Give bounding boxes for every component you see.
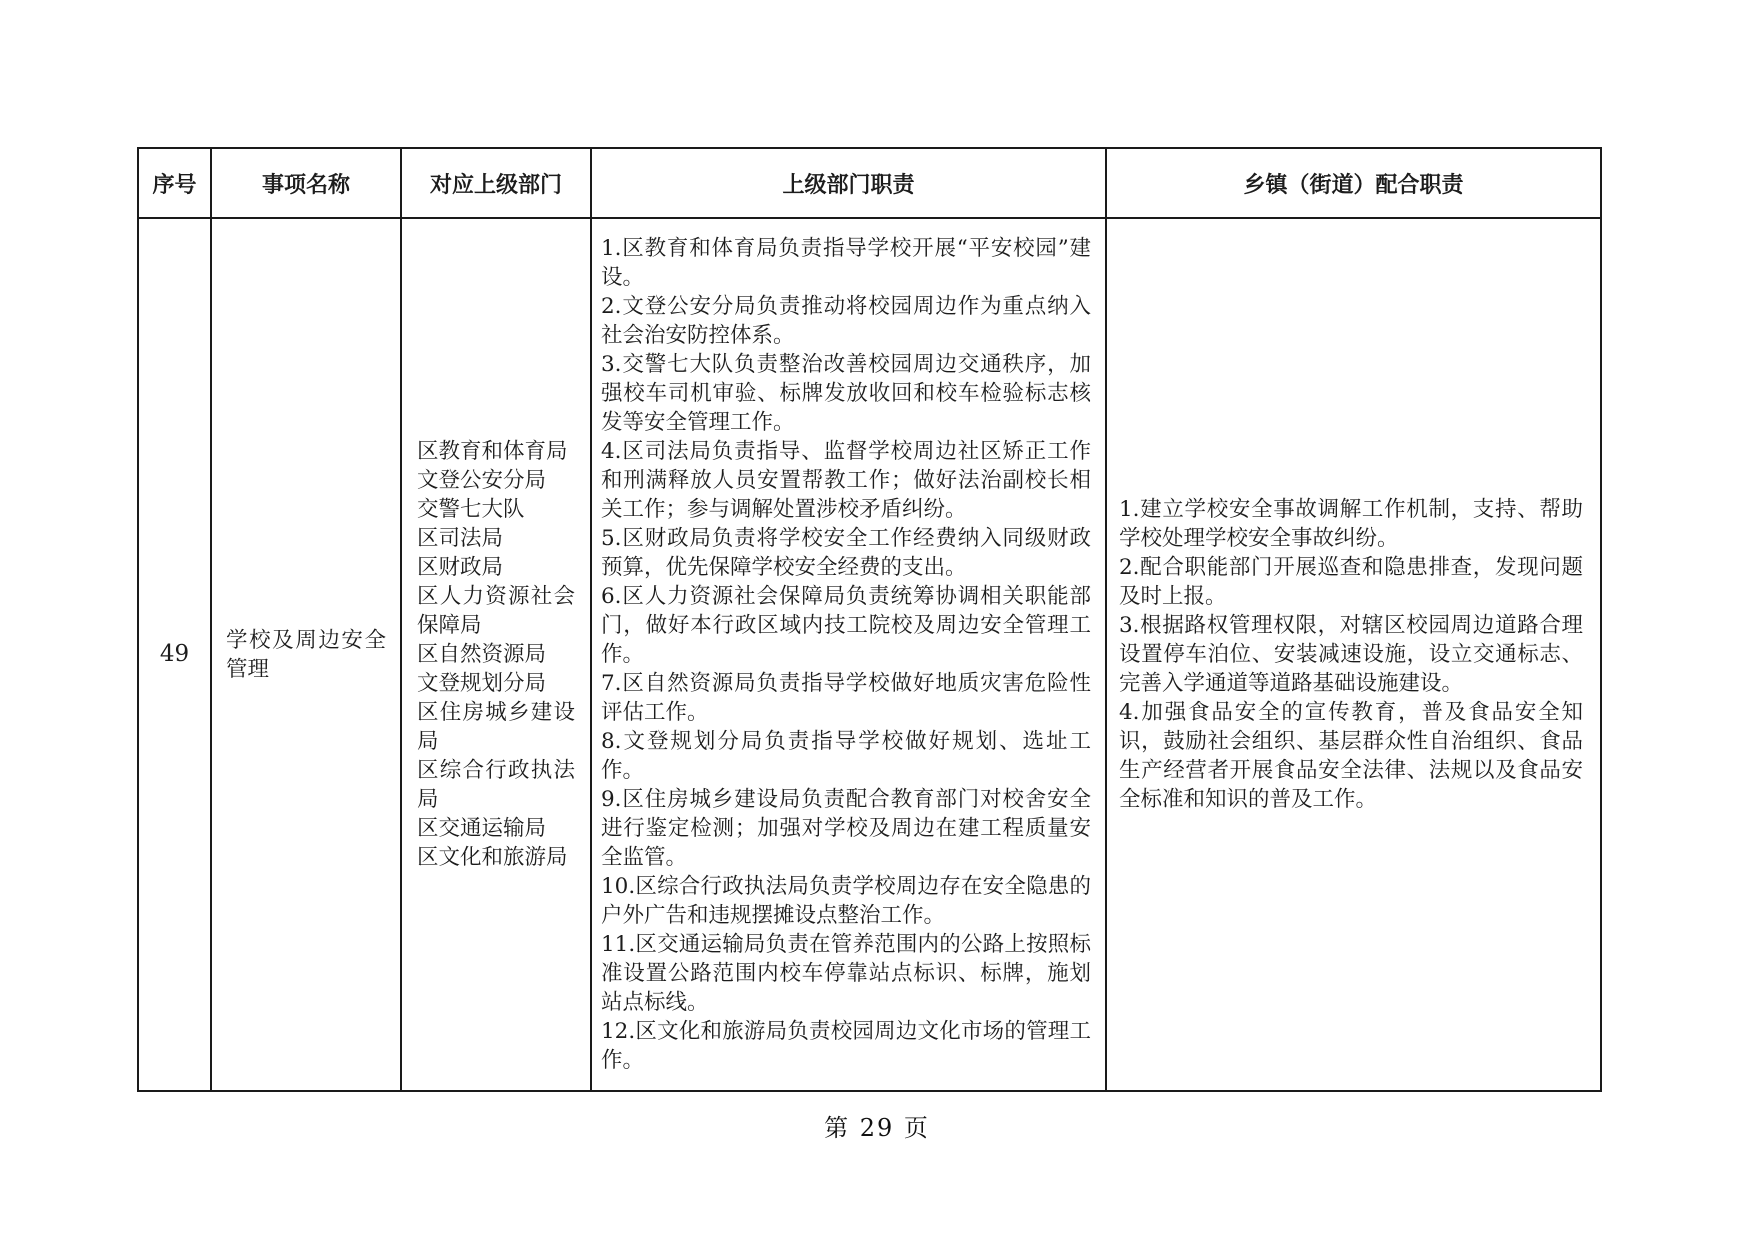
superior-duty-item: 3.交警七大队负责整治改善校园周边交通秩序，加强校车司机审验、标牌发放收回和校车… [601, 350, 1091, 437]
table-row: 49 学校及周边安全管理 区教育和体育局 文登公安分局 交警七大队 区司法局 区… [138, 218, 1601, 1091]
township-duty-item: 4.加强食品安全的宣传教育，普及食品安全知识，鼓励社会组织、基层群众性自治组织、… [1119, 698, 1583, 814]
department-item: 区司法局 [417, 524, 575, 553]
superior-duty-item: 7.区自然资源局负责指导学校做好地质灾害危险性评估工作。 [601, 669, 1091, 727]
department-item: 区交通运输局 [417, 814, 575, 843]
department-item: 区综合行政执法局 [417, 756, 575, 814]
department-item: 文登规划分局 [417, 669, 575, 698]
department-item: 区住房城乡建设局 [417, 698, 575, 756]
superior-duty-item: 5.区财政局负责将学校安全工作经费纳入同级财政预算，优先保障学校安全经费的支出。 [601, 524, 1091, 582]
superior-duty-item: 11.区交通运输局负责在管养范围内的公路上按照标准设置公路范围内校车停靠站点标识… [601, 930, 1091, 1017]
department-item: 区教育和体育局 [417, 437, 575, 466]
cell-serial-number: 49 [138, 218, 211, 1091]
item-name: 学校及周边安全管理 [226, 626, 386, 684]
department-item: 交警七大队 [417, 495, 575, 524]
superior-duty-item: 8.文登规划分局负责指导学校做好规划、选址工作。 [601, 727, 1091, 785]
document-page: 序号 事项名称 对应上级部门 上级部门职责 乡镇（街道）配合职责 49 学校及周… [0, 0, 1754, 1240]
superior-duty-item: 12.区文化和旅游局负责校园周边文化市场的管理工作。 [601, 1017, 1091, 1075]
township-duty-item: 2.配合职能部门开展巡查和隐患排查，发现问题及时上报。 [1119, 553, 1583, 611]
superior-duty-item: 1.区教育和体育局负责指导学校开展“平安校园”建设。 [601, 234, 1091, 292]
superior-duty-item: 10.区综合行政执法局负责学校周边存在安全隐患的户外广告和违规摆摊设点整治工作。 [601, 872, 1091, 930]
township-duty-item: 1.建立学校安全事故调解工作机制，支持、帮助学校处理学校安全事故纠纷。 [1119, 495, 1583, 553]
department-item: 区人力资源社会保障局 [417, 582, 575, 640]
superior-duty-item: 2.文登公安分局负责推动将校园周边作为重点纳入社会治安防控体系。 [601, 292, 1091, 350]
department-item: 区财政局 [417, 553, 575, 582]
township-duty-item: 3.根据路权管理权限，对辖区校园周边道路合理设置停车泊位、安装减速设施，设立交通… [1119, 611, 1583, 698]
header-item-name: 事项名称 [211, 148, 401, 218]
cell-township-duties: 1.建立学校安全事故调解工作机制，支持、帮助学校处理学校安全事故纠纷。 2.配合… [1106, 218, 1601, 1091]
cell-departments: 区教育和体育局 文登公安分局 交警七大队 区司法局 区财政局 区人力资源社会保障… [401, 218, 591, 1091]
department-item: 文登公安分局 [417, 466, 575, 495]
cell-item-name: 学校及周边安全管理 [211, 218, 401, 1091]
table-header-row: 序号 事项名称 对应上级部门 上级部门职责 乡镇（街道）配合职责 [138, 148, 1601, 218]
department-item: 区自然资源局 [417, 640, 575, 669]
header-departments: 对应上级部门 [401, 148, 591, 218]
header-superior-duties: 上级部门职责 [591, 148, 1106, 218]
superior-duty-item: 6.区人力资源社会保障局负责统筹协调相关职能部门，做好本行政区域内技工院校及周边… [601, 582, 1091, 669]
header-serial: 序号 [138, 148, 211, 218]
responsibility-table: 序号 事项名称 对应上级部门 上级部门职责 乡镇（街道）配合职责 49 学校及周… [137, 147, 1602, 1092]
page-number: 第 29 页 [0, 1108, 1754, 1143]
superior-duty-item: 4.区司法局负责指导、监督学校周边社区矫正工作和刑满释放人员安置帮教工作；做好法… [601, 437, 1091, 524]
cell-superior-duties: 1.区教育和体育局负责指导学校开展“平安校园”建设。 2.文登公安分局负责推动将… [591, 218, 1106, 1091]
department-item: 区文化和旅游局 [417, 843, 575, 872]
serial-number: 49 [139, 640, 210, 669]
header-township-duties: 乡镇（街道）配合职责 [1106, 148, 1601, 218]
superior-duty-item: 9.区住房城乡建设局负责配合教育部门对校舍安全进行鉴定检测；加强对学校及周边在建… [601, 785, 1091, 872]
